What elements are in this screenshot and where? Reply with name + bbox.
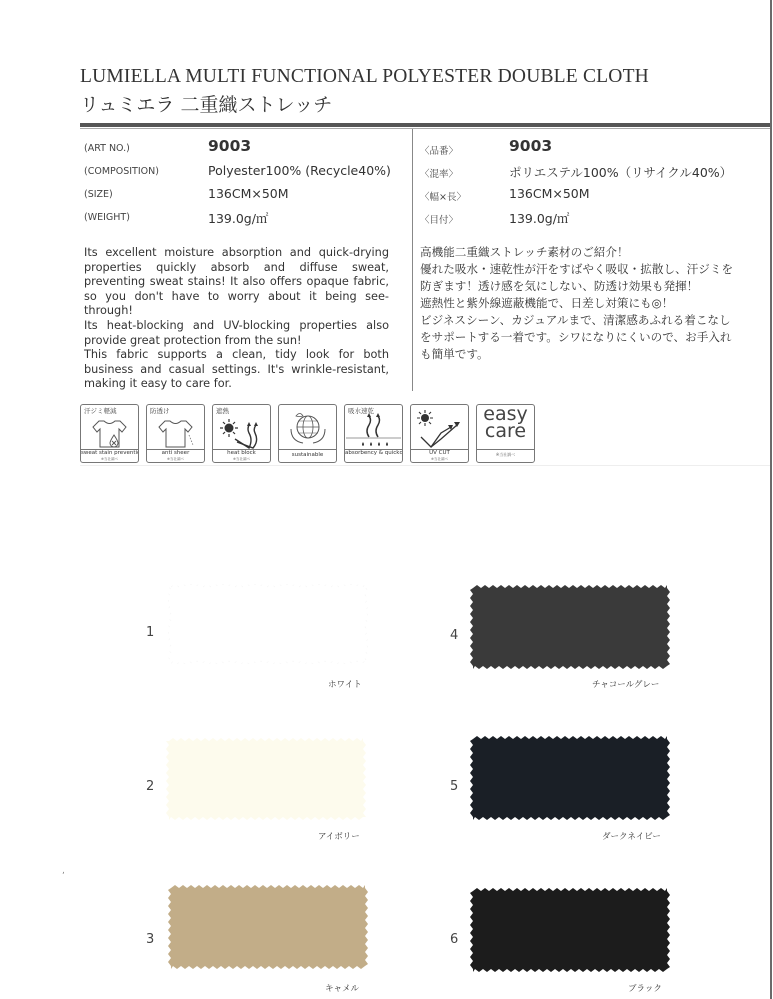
description-paragraph: Its heat-blocking and UV-blocking proper…	[84, 319, 389, 348]
description-paragraph: Its excellent moisture absorption and qu…	[84, 246, 389, 319]
swatch-color-name: キャメル	[325, 982, 359, 994]
badge-anti-sheer: 防透け anti sheer※当社調べ	[146, 404, 205, 463]
spec-label: 〈幅×長〉	[420, 189, 466, 203]
swatch-fabric	[470, 585, 670, 669]
swatch-fabric	[470, 888, 670, 972]
scan-mark: ,	[62, 866, 65, 876]
spec-value: 9003	[208, 137, 251, 155]
spec-value: 139.0g/㎡	[208, 209, 268, 227]
swatch-number: 6	[450, 932, 458, 947]
section-rule	[80, 465, 770, 466]
badge-caption: sustainable	[279, 449, 336, 462]
page-edge	[770, 0, 772, 999]
swatch-number: 2	[146, 779, 154, 794]
badge-caption: absorbency & quickdry	[345, 449, 402, 462]
swatch-color-name: ホワイト	[328, 678, 362, 690]
swatch-number: 3	[146, 932, 154, 947]
spec-label: (SIZE)	[84, 189, 113, 200]
header-rule-thin	[80, 128, 770, 129]
spec-label: 〈混率〉	[420, 166, 458, 180]
spec-label: 〈目付〉	[420, 212, 458, 226]
product-title-en: LUMIELLA MULTI FUNCTIONAL POLYESTER DOUB…	[80, 66, 649, 88]
badge-caption: ※当社調べ	[477, 449, 534, 462]
badge-easy-care: easy care ※当社調べ	[476, 404, 535, 463]
description-paragraph: 高機能二重織ストレッチ素材のご紹介！	[420, 244, 740, 261]
swatch-fabric	[168, 885, 368, 969]
spec-label: (COMPOSITION)	[84, 166, 159, 177]
description-en: Its excellent moisture absorption and qu…	[84, 246, 389, 392]
badge-caption: heat block※当社調べ	[213, 449, 270, 462]
swatch-fabric	[470, 736, 670, 820]
swatch-fabric	[166, 738, 366, 820]
spec-value: 9003	[509, 137, 552, 155]
badge-sustainable: sustainable	[278, 404, 337, 463]
badge-caption: anti sheer※当社調べ	[147, 449, 204, 462]
spec-label: (WEIGHT)	[84, 212, 130, 223]
spec-value: 136CM×50M	[509, 186, 590, 201]
badge-uv-cut: UV CUT※当社調べ	[410, 404, 469, 463]
badge-sweat-stain: 汗ジミ軽減 sweat stain prevention※当社調べ	[80, 404, 139, 463]
easy-care-icon: easy care	[477, 406, 534, 440]
spec-label: 〈品番〉	[420, 143, 458, 157]
spec-label: (ART NO.)	[84, 143, 130, 154]
swatch-number: 1	[146, 625, 154, 640]
badge-absorbency: 吸水速乾 absorbency & quickdry	[344, 404, 403, 463]
spec-value: Polyester100% (Recycle40%)	[208, 163, 391, 178]
swatch-color-name: アイボリー	[318, 830, 360, 842]
description-paragraph: 優れた吸水・速乾性が汗をすばやく吸収・拡散し、汗ジミを防ぎます！透け感を気にしな…	[420, 261, 740, 295]
spec-value: ポリエステル100%（リサイクル40%）	[509, 163, 732, 181]
description-paragraph: This fabric supports a clean, tidy look …	[84, 348, 389, 392]
column-divider	[412, 129, 413, 391]
swatch-fabric	[168, 584, 368, 664]
description-jp: 高機能二重織ストレッチ素材のご紹介！ 優れた吸水・速乾性が汗をすばやく吸収・拡散…	[420, 244, 740, 363]
header-rule	[80, 123, 770, 127]
swatch-number: 5	[450, 779, 458, 794]
product-title-jp: リュミエラ 二重織ストレッチ	[80, 90, 332, 117]
swatch-color-name: チャコールグレー	[592, 678, 659, 690]
swatch-color-name: ブラック	[628, 982, 662, 994]
badge-heat-block: 遮熱 heat block※当社調べ	[212, 404, 271, 463]
swatch-number: 4	[450, 628, 458, 643]
description-paragraph: 遮熱性と紫外線遮蔽機能で、日差し対策にも◎！	[420, 295, 740, 312]
badge-caption: UV CUT※当社調べ	[411, 449, 468, 462]
swatch-color-name: ダークネイビー	[602, 830, 661, 842]
spec-value: 136CM×50M	[208, 186, 289, 201]
spec-value: 139.0g/㎡	[509, 209, 569, 227]
description-paragraph: ビジネスシーン、カジュアルまで、清潔感あふれる着こなしをサポートする一着です。シ…	[420, 312, 740, 363]
badge-caption: sweat stain prevention※当社調べ	[81, 449, 138, 462]
